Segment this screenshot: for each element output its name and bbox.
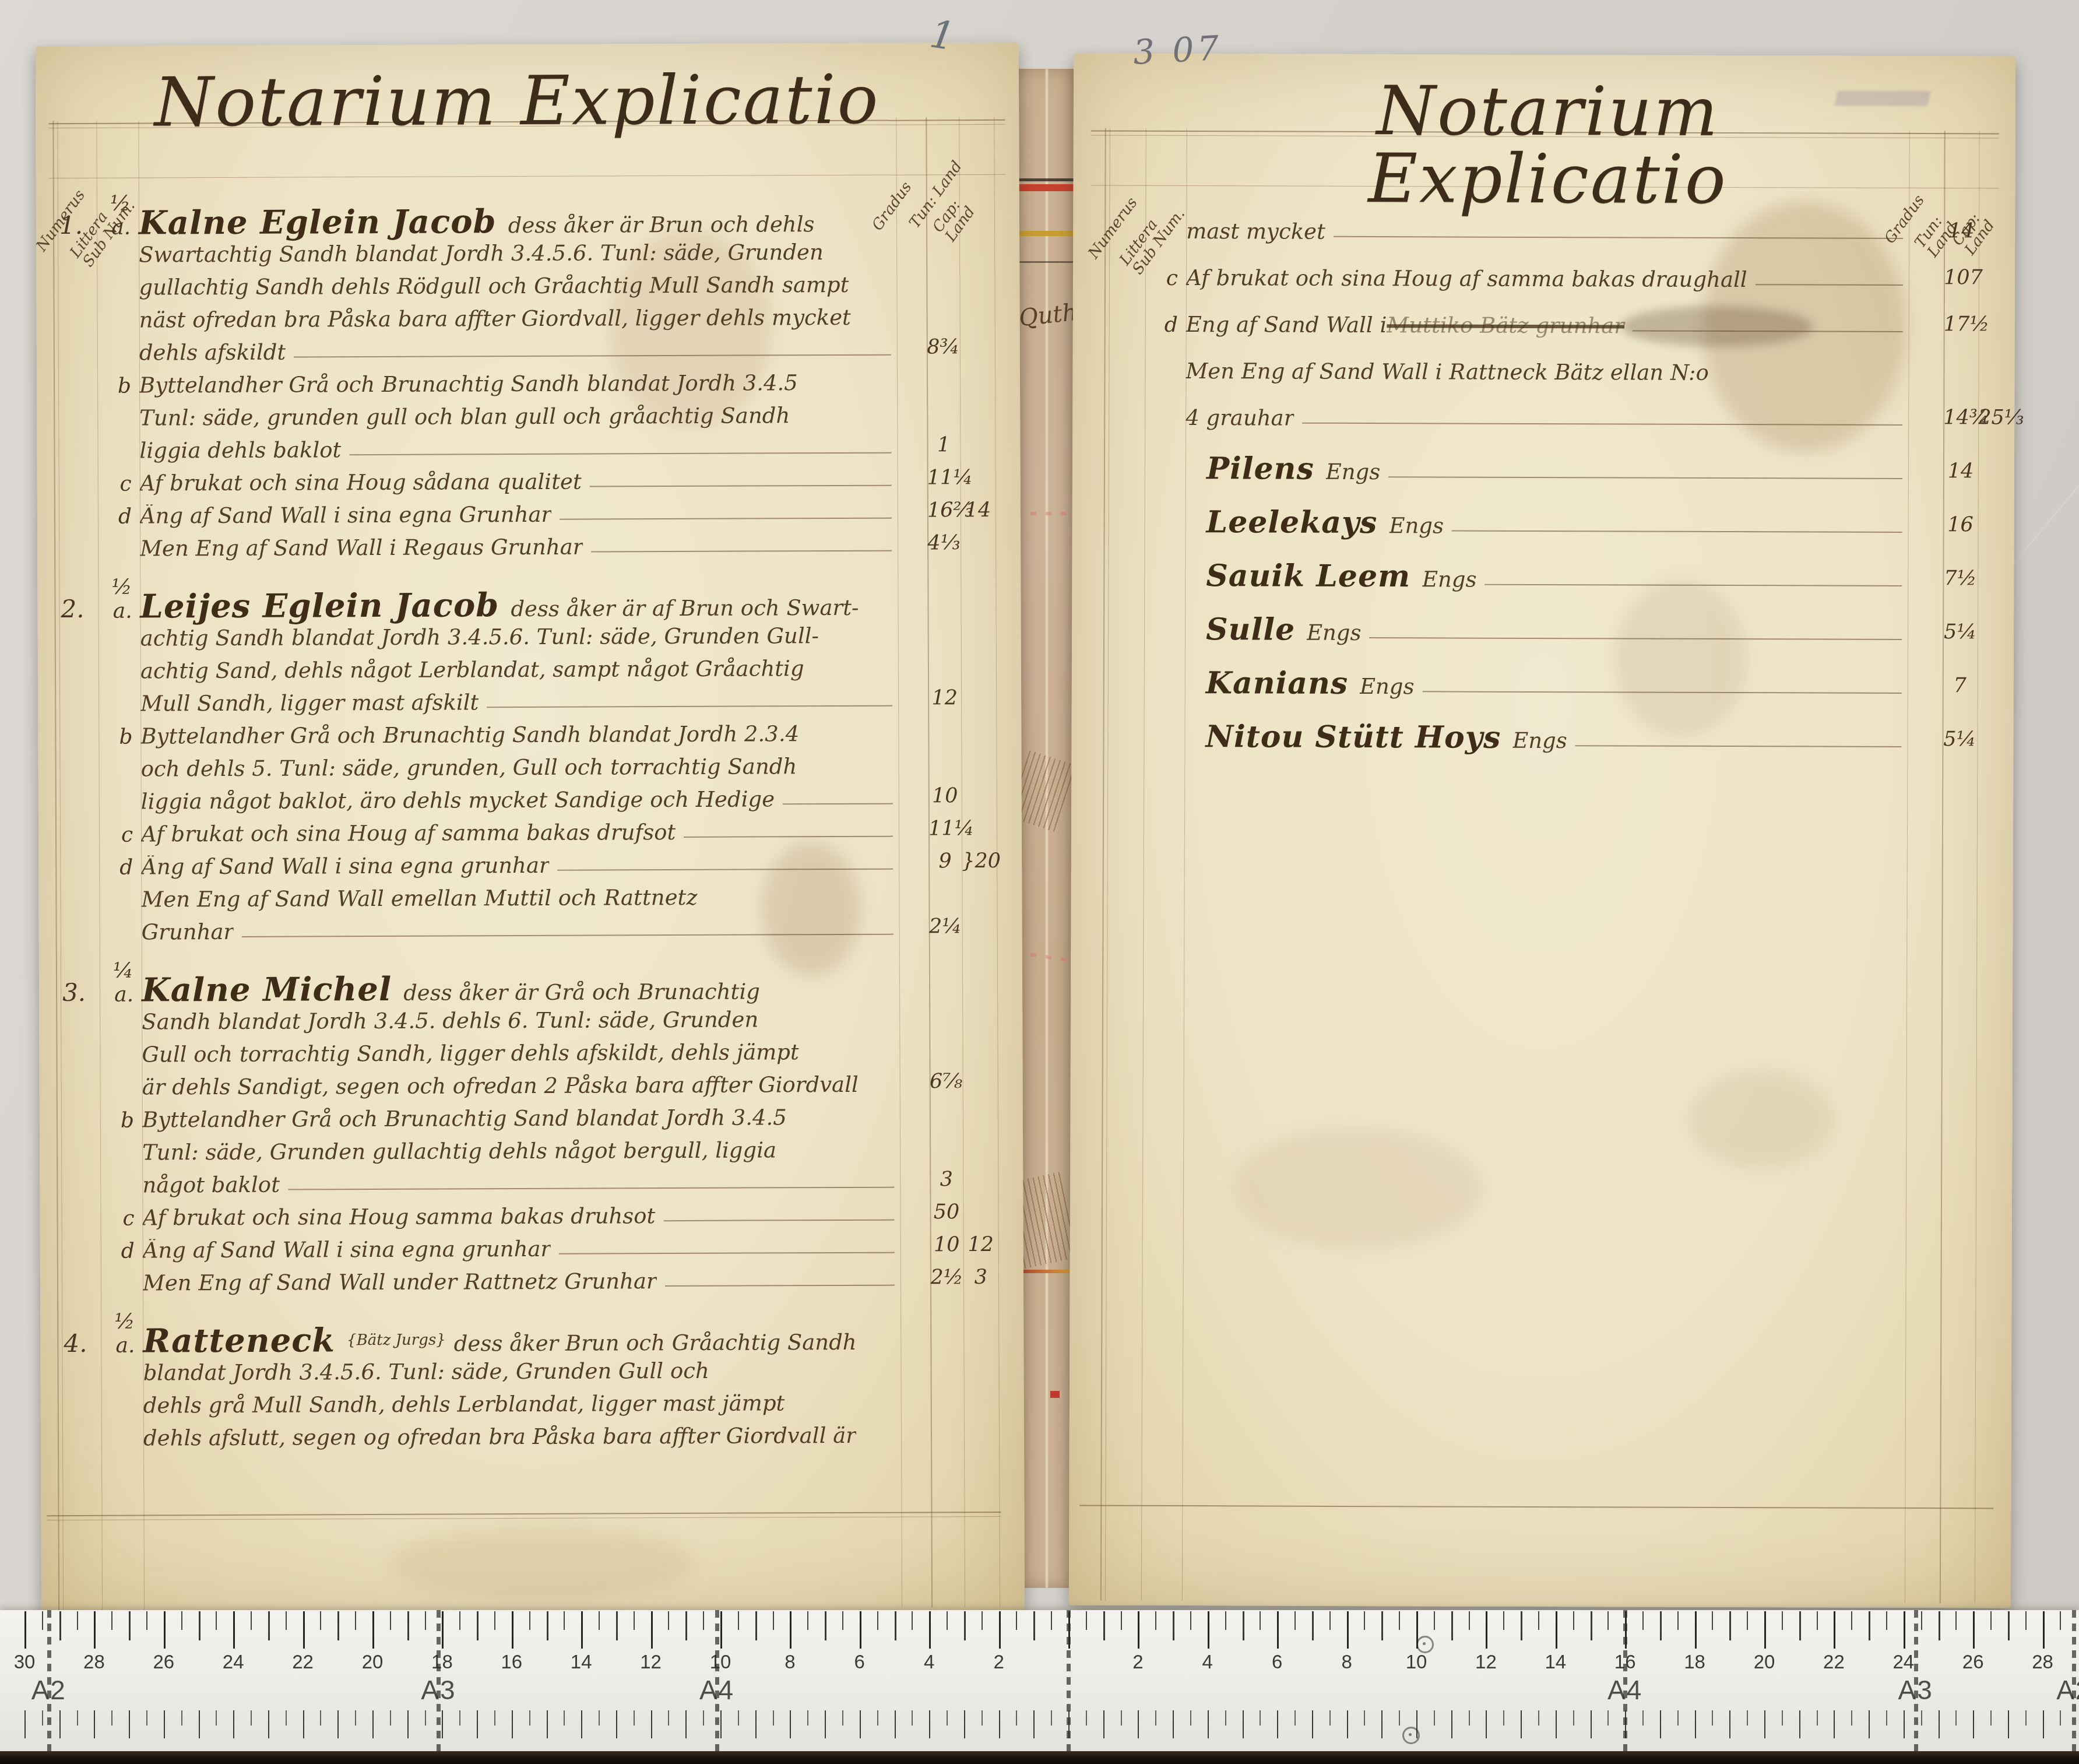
handwritten-text: Byttelandher Grå och Brunachtig Sandh bl… <box>140 723 799 749</box>
handwritten-text: Af brukat och sina Houg af samma bakas d… <box>141 821 676 846</box>
ruler-tick <box>1851 1611 1852 1630</box>
gradus-cell <box>1908 697 1943 701</box>
handwritten-text: Byttelandher Grå och Brunachtig Sand bla… <box>142 1106 787 1133</box>
ruler-tick <box>1243 1611 1244 1640</box>
value-cell: 16 <box>1943 513 1978 540</box>
ruler-tick-lower <box>1347 1710 1348 1738</box>
ruler-number: 18 <box>1675 1651 1715 1673</box>
ruler-tick-lower <box>286 1710 287 1726</box>
littera-cell: c <box>99 823 141 847</box>
ruler-tick <box>337 1611 339 1640</box>
entry-line: gullachtig Sandh dehls Rödgull och Gråac… <box>57 264 994 300</box>
line-text: Ratteneck{Bätz Jurgs}dess åker Brun och … <box>143 1322 900 1358</box>
ruler-tick <box>1521 1611 1522 1640</box>
page-title: Notarium Explicatio <box>1186 77 1909 215</box>
gradus-cell <box>1909 289 1944 293</box>
ruler-tick-lower <box>1764 1710 1765 1738</box>
ruler-tick <box>251 1611 252 1630</box>
littera-cell: c <box>1145 266 1186 290</box>
gradus-cell <box>898 489 927 493</box>
value-cell <box>961 489 995 493</box>
value-cell: 12 <box>963 1233 998 1260</box>
value-cell: 17½ <box>1944 312 1979 339</box>
handwritten-text: Swartachtig Sandh blandat Jordh 3.4.5.6.… <box>139 241 824 267</box>
handwritten-text: blandat Jordh 3.4.5.6. Tunl: säde, Grund… <box>143 1359 709 1385</box>
entry-line: dÄng af Sand Wall i sina egna Grunhar16⅔… <box>58 493 995 529</box>
value-cell <box>960 391 995 395</box>
registration-mark <box>2072 1610 2076 1751</box>
ruler-tick <box>825 1611 826 1640</box>
ruler-tick <box>599 1611 600 1630</box>
line-text: Men Eng af Sand Wall emellan Muttil och … <box>141 885 899 912</box>
gradus-cell <box>896 233 926 236</box>
ruler-tick <box>685 1611 687 1640</box>
value-cell <box>961 709 996 713</box>
ruler-tick <box>181 1611 182 1630</box>
entry-line: dehls grå Mull Sandh, dehls Lerblandat, … <box>62 1382 999 1418</box>
handwritten-text: Men Eng af Sand Wall under Rattnetz Grun… <box>143 1270 657 1295</box>
line-text: Eng af Sand Wall i Muttiko Bätz grunhar <box>1186 312 1909 339</box>
gradus-cell <box>896 293 926 297</box>
ruler-tick-lower <box>1955 1710 1957 1726</box>
ruler-tick <box>790 1611 792 1649</box>
ruler-tick-lower <box>668 1710 669 1726</box>
fill-line <box>558 869 893 871</box>
ruler-number: 8 <box>769 1651 810 1673</box>
value-cell <box>963 1224 998 1227</box>
ruler-tick-lower <box>1695 1710 1696 1738</box>
ruler-tick <box>1695 1611 1697 1649</box>
ruler-tick <box>616 1611 618 1640</box>
entry-line: liggia dehls baklot1 <box>58 427 995 463</box>
entry-line: dÄng af Sand Wall i sina egna grunhar9}2… <box>59 844 997 880</box>
ruler-tick <box>390 1611 391 1630</box>
value-cell <box>960 326 995 329</box>
ruler-tick <box>94 1611 96 1649</box>
ruler-tick-lower <box>2025 1710 2027 1726</box>
line-text: dehls grå Mull Sandh, dehls Lerblandat, … <box>143 1391 901 1418</box>
map-border-line <box>1015 261 1074 263</box>
ruler-tick-lower <box>825 1710 826 1738</box>
ruler-tick-lower <box>425 1710 426 1726</box>
ruler-tick <box>860 1611 861 1649</box>
value-cell <box>931 1444 964 1447</box>
gradus-cell <box>899 775 928 778</box>
ruler-number: 2 <box>1117 1651 1158 1673</box>
line-text: Tunl: säde, Grunden gullachtig dehls någ… <box>142 1138 900 1165</box>
ruler-tick-lower <box>181 1710 182 1726</box>
ruler-tick-lower <box>1103 1710 1104 1738</box>
littera-cell: ¼ a. <box>100 959 142 1007</box>
ruler-tick-lower <box>1834 1710 1835 1738</box>
ruler-tick-lower <box>1538 1710 1539 1726</box>
ruler-tick <box>1660 1611 1662 1640</box>
value-cell: 107 <box>1944 266 1979 293</box>
ruler-tick-lower <box>1486 1710 1487 1738</box>
line-text: Nitou Stütt HoysEngs <box>1184 722 1907 754</box>
ruler-tick-lower <box>233 1710 234 1738</box>
holding-name: Nitou Stütt Hoys <box>1205 722 1501 753</box>
value-cell: 8¾ <box>927 335 960 362</box>
ruler-tick <box>1347 1611 1349 1649</box>
fill-line <box>1452 530 1902 533</box>
ruler-tick <box>1416 1611 1418 1649</box>
line-text: achtig Sandh blandat Jordh 3.4.5.6. Tunl… <box>140 624 898 651</box>
handwritten-text: mast mycket <box>1186 220 1325 244</box>
value-cell <box>963 1191 998 1194</box>
value-cell <box>962 807 997 811</box>
value-cell <box>928 775 962 778</box>
ruler-tick-lower <box>1312 1710 1313 1738</box>
handwritten-text: Tunl: säde, Grunden gullachtig dehls någ… <box>142 1139 776 1165</box>
ruler-tick <box>1503 1611 1504 1630</box>
ruler-tick-lower <box>1381 1710 1383 1738</box>
line-text: KaniansEngs <box>1185 668 1908 701</box>
value-cell: 5¼ <box>1942 728 1977 754</box>
right-manuscript-page: Notarium Explicatio Numerus Littera Sub … <box>1069 53 2015 1608</box>
ruler-tick-lower <box>459 1710 460 1726</box>
entry-line: cAf brukat och sina Houg sådana qualitet… <box>58 460 995 496</box>
page-stain <box>1688 1070 1834 1169</box>
entry-line: Men Eng af Sand Wall i Rattneck Bätz ell… <box>1104 337 2014 386</box>
littera-cell: b <box>99 725 140 749</box>
entry-line: Grunhar2¼ <box>60 909 997 945</box>
value-cell <box>1978 382 2014 386</box>
holding-name: Kanians <box>1206 668 1348 699</box>
ruler-tick <box>1782 1611 1783 1630</box>
ruler-tick <box>1451 1611 1453 1640</box>
ruler-tick-lower <box>77 1710 78 1726</box>
handwritten-text: dess åker är Grå och Brunachtig <box>403 981 760 1006</box>
ruler-tick <box>738 1611 739 1630</box>
line-text: något baklot <box>142 1171 900 1198</box>
entry-line: näst ofredan bra Påska bara affter Giord… <box>58 297 995 333</box>
gradus-cell <box>900 1256 930 1260</box>
ruler-tick <box>1591 1611 1592 1640</box>
ruler-tick <box>77 1611 78 1630</box>
line-text: Sauik LeemEngs <box>1185 561 1908 593</box>
ruler-tick-lower <box>1243 1710 1244 1738</box>
gradus-cell <box>900 1224 930 1227</box>
ruler-tick <box>1138 1611 1139 1649</box>
ruler-tick <box>442 1611 444 1649</box>
ruler-tick-lower <box>1155 1710 1156 1726</box>
entry-line: och dehls 5. Tunl: säde, grunden, Gull o… <box>59 746 996 782</box>
value-cell <box>929 1000 962 1003</box>
entry-line: achtig Sand, dehls något Lerblandat, sam… <box>59 648 996 684</box>
gradus-cell <box>899 905 929 909</box>
littera-cell: b <box>100 1109 142 1133</box>
entry-line: Tunl: säde, Grunden gullachtig dehls någ… <box>61 1129 998 1165</box>
handwritten-text: Äng af Sand Wall i sina egna grunhar <box>143 1238 551 1263</box>
gradus-cell <box>898 644 928 648</box>
line-text: Byttelandher Grå och Brunachtig Sandh bl… <box>139 371 897 398</box>
value-cell <box>959 233 994 236</box>
gradus-cell <box>901 1379 931 1382</box>
gradus-cell <box>1908 382 1943 386</box>
entry-line: 2.½ a.Leijes Eglein Jacobdess åker är af… <box>58 572 995 619</box>
map-field-hatch <box>1015 750 1074 833</box>
ruler-tick <box>668 1611 669 1630</box>
ruler-tick-lower <box>807 1710 808 1726</box>
ruler-tick-lower <box>773 1710 774 1726</box>
fill-line <box>1575 745 1902 747</box>
littera-cell: d <box>1145 313 1186 337</box>
value-cell <box>962 1000 997 1003</box>
value-cell <box>963 1158 998 1162</box>
ruler-tick <box>842 1611 843 1630</box>
entry-line: 4.½ a.Ratteneck{Bätz Jurgs}dess åker Bru… <box>61 1306 998 1353</box>
map-dotted-line <box>1015 512 1074 515</box>
ruler-tick-lower <box>2008 1710 2009 1738</box>
entry-line: SulleEngs5¼ <box>1103 591 2014 648</box>
ruler-tick-lower <box>964 1710 965 1738</box>
ruler-tick-lower <box>1416 1710 1417 1738</box>
ruler-tick <box>216 1611 217 1630</box>
value-cell: 10 <box>930 1233 963 1260</box>
littera-cell: ½ a. <box>98 575 140 623</box>
page-stain <box>1233 1126 1485 1249</box>
value-cell: 11¼ <box>927 466 961 493</box>
value-cell <box>927 424 960 427</box>
ruler-tick-lower <box>1851 1710 1852 1726</box>
fill-line <box>684 836 893 838</box>
line-text: Tunl: säde, grunden gull och blan gull o… <box>139 404 897 431</box>
ruler-tick-lower <box>755 1710 757 1738</box>
ruler-tick-lower <box>42 1710 43 1726</box>
line-text: gullachtig Sandh dehls Rödgull och Gråac… <box>139 273 896 300</box>
ruler-tick-lower <box>59 1710 61 1738</box>
map-border-red <box>1015 184 1074 191</box>
handwritten-text: näst ofredan bra Påska bara affter Giord… <box>139 306 851 332</box>
ruler-tick-lower <box>1208 1710 1209 1738</box>
entry-line: bByttelandher Grå och Brunachtig Sandh b… <box>59 713 996 749</box>
ruler-tick <box>1103 1611 1105 1640</box>
value-cell <box>930 1351 963 1354</box>
handwritten-text: dehls afskildt <box>139 341 286 366</box>
value-cell <box>928 677 961 680</box>
entry-line: 3.¼ a.Kalne Micheldess åker är Grå och B… <box>60 955 997 1002</box>
value-cell <box>959 261 994 264</box>
ruler-tick <box>1399 1611 1400 1630</box>
value-cell <box>963 1060 998 1064</box>
entry-line: KaniansEngs7 <box>1103 645 2014 701</box>
gradus-cell <box>900 1093 930 1097</box>
ruler-tick-lower <box>1869 1710 1870 1738</box>
gradus-cell <box>901 1411 931 1415</box>
ruler-tick <box>1225 1611 1226 1630</box>
ruler-tick-lower <box>1190 1710 1191 1726</box>
ruler-tick-lower <box>895 1710 896 1738</box>
ruler-tick-lower <box>720 1710 722 1738</box>
ruler-tick-lower <box>877 1710 878 1726</box>
ruler-tick-lower <box>1782 1710 1783 1726</box>
entry-line: Men Eng af Sand Wall emellan Muttil och … <box>59 876 997 912</box>
gradus-cell <box>898 677 928 680</box>
left-manuscript-page: Notarium Explicatio Numerus Littera Sub … <box>36 43 1025 1615</box>
value-cell: 10 <box>928 784 962 811</box>
map-field-hatch <box>1015 1172 1074 1268</box>
ruler-tick <box>1729 1611 1731 1640</box>
ruler-tick-lower <box>581 1710 582 1738</box>
ruler-tick <box>1642 1611 1644 1630</box>
entry-line: dEng af Sand Wall i Muttiko Bätz grunhar… <box>1104 290 2015 340</box>
ruler-tick-lower <box>1121 1710 1122 1726</box>
value-cell <box>1943 382 1978 386</box>
line-text: Mull Sandh, ligger mast afskilt <box>140 690 898 716</box>
ruler-number: 4 <box>909 1651 949 1673</box>
value-cell <box>964 1379 999 1382</box>
ruler-tick <box>581 1611 583 1649</box>
ruler-tick-lower <box>1469 1710 1470 1726</box>
ruler-number: 12 <box>631 1651 671 1673</box>
value-cell: 12 <box>928 686 961 713</box>
ruler-tick-lower <box>1939 1710 1940 1738</box>
ruler-tick <box>1016 1611 1017 1630</box>
ruler-tick-lower <box>1138 1710 1139 1738</box>
map-road-line <box>1015 1270 1074 1273</box>
value-cell <box>962 905 997 909</box>
handwritten-text: 4 grauhar <box>1186 406 1294 430</box>
entry-line: Mull Sandh, ligger mast afskilt12 <box>59 680 996 716</box>
numerus-cell: 4. <box>61 1329 101 1358</box>
ruler-tick <box>355 1611 356 1630</box>
entry-line: dehls afskildt8¾ <box>58 329 995 366</box>
table-edge <box>0 1751 2079 1764</box>
ruler-tick-lower <box>372 1710 374 1738</box>
ruler-tick <box>1381 1611 1383 1640</box>
value-cell <box>930 1158 963 1162</box>
value-cell: 5¼ <box>1943 620 1978 647</box>
handwritten-text: Byttelandher Grå och Brunachtig Sandh bl… <box>139 372 798 398</box>
value-cell <box>1978 483 2014 486</box>
entry-line: Men Eng af Sand Wall under Rattnetz Grun… <box>61 1260 998 1296</box>
ruler-tick-lower <box>860 1710 861 1738</box>
gradus-cell <box>1908 429 1943 433</box>
ruler-tick-lower <box>1904 1710 1905 1738</box>
entry-line: liggia något baklot, äro dehls mycket Sa… <box>59 778 997 814</box>
line-text: Men Eng af Sand Wall i Regaus Grunhar <box>140 535 898 561</box>
ruler-tick-lower <box>1886 1710 1887 1726</box>
ruler-tick-lower <box>703 1710 704 1726</box>
fill-line <box>1388 476 1902 479</box>
entry-line: bByttelandher Grå och Brunachtig Sandh b… <box>58 362 995 398</box>
value-cell: 14 <box>1943 459 1978 486</box>
entry-line: Tunl: säde, grunden gull och blan gull o… <box>58 395 995 431</box>
ruler-tick <box>1869 1611 1870 1640</box>
ruler-tick-lower <box>1591 1710 1592 1738</box>
ruler-number: 4 <box>1187 1651 1228 1673</box>
ruler-number: 20 <box>352 1651 393 1673</box>
handwritten-text: achtig Sand, dehls något Lerblandat, sam… <box>140 658 804 684</box>
value-cell <box>1978 697 2014 701</box>
ruler-tick-lower <box>999 1710 1000 1738</box>
ruler-number: 26 <box>143 1651 184 1673</box>
ruler-tick <box>1973 1611 1975 1649</box>
ruler-tick-lower <box>790 1710 791 1738</box>
gradus-cell <box>1909 243 1944 246</box>
value-cell <box>928 742 961 746</box>
name-note: {Bätz Jurgs} <box>347 1333 446 1347</box>
ruler-tick <box>233 1611 235 1649</box>
ruler-tick <box>2025 1611 2027 1630</box>
ruler-tick-lower <box>251 1710 252 1726</box>
entry-line: PilensEngs14 <box>1104 430 2014 487</box>
handwritten-text: Eng af Sand Wall i <box>1186 313 1387 338</box>
ruler-tick <box>720 1611 722 1649</box>
ruler-number: 26 <box>1953 1651 1993 1673</box>
ruler-tick-lower <box>164 1710 165 1738</box>
value-cell <box>927 391 960 395</box>
ruler-tick <box>477 1611 479 1640</box>
ruler-tick <box>947 1611 948 1630</box>
ruler-tick <box>547 1611 548 1640</box>
ruler-tick <box>1990 1611 1992 1630</box>
value-cell <box>930 1126 963 1129</box>
ruler-tick <box>1312 1611 1314 1640</box>
value-cell <box>960 359 995 362</box>
ruler-tick <box>999 1611 1001 1649</box>
ruler-number: 24 <box>213 1651 254 1673</box>
handwritten-text: Engs <box>1389 514 1444 538</box>
value-cell <box>964 1444 999 1447</box>
gradus-cell <box>900 1158 930 1162</box>
gradus-cell <box>900 1126 930 1129</box>
ruler-tick-lower <box>1225 1710 1226 1726</box>
value-cell: 14 <box>961 498 995 525</box>
holding-name: Sauik Leem <box>1206 561 1410 592</box>
ruler-tick <box>929 1611 931 1649</box>
line-text: och dehls 5. Tunl: säde, grunden, Gull o… <box>141 755 899 782</box>
line-text: Byttelandher Grå och Brunachtig Sand bla… <box>142 1106 900 1133</box>
ruler-tick <box>1886 1611 1887 1630</box>
numerus-cell: 1. <box>57 211 97 240</box>
value-cell <box>961 677 996 680</box>
ruler-tick <box>2060 1611 2061 1630</box>
ruled-line-bottom <box>47 1516 1001 1520</box>
ruler-tick <box>1033 1611 1035 1640</box>
value-cell: 2½ <box>930 1266 963 1292</box>
ruler-tick <box>807 1611 808 1630</box>
gradus-cell <box>899 1028 929 1031</box>
entries-right: mast mycket14cAf brukat och sina Houg af… <box>1103 197 2015 755</box>
gradus-cell <box>896 261 926 264</box>
numerus-cell: 3. <box>60 978 100 1007</box>
ruler-tick <box>773 1611 774 1630</box>
handwritten-text: Sandh blandat Jordh 3.4.5. dehls 6. Tunl… <box>142 1008 758 1035</box>
ruler-tick-lower <box>738 1710 739 1726</box>
handwritten-text: dess åker Brun och Gråachtig Sandh <box>454 1331 857 1356</box>
handwritten-text: Engs <box>1307 621 1362 645</box>
ruler-tick-lower <box>1729 1710 1730 1738</box>
gradus-cell <box>900 1351 930 1354</box>
value-cell <box>963 1126 998 1129</box>
ruler-tick <box>303 1611 305 1649</box>
fill-line <box>560 518 892 520</box>
line-text: liggia något baklot, äro dehls mycket Sa… <box>141 788 899 814</box>
ruler-tick-lower <box>1016 1710 1017 1726</box>
ruler-tick <box>1469 1611 1470 1630</box>
value-cell <box>927 326 960 329</box>
ruler-number: 28 <box>2022 1651 2063 1673</box>
map-dotted-line <box>1015 951 1074 962</box>
page-stain <box>391 1524 694 1601</box>
map-fragment: Quth <box>1015 69 1074 1588</box>
ruler-tick-lower <box>1294 1710 1296 1726</box>
handwritten-text: Men Eng af Sand Wall i Rattneck Bätz ell… <box>1186 360 1708 385</box>
ruler-tick-lower <box>529 1710 530 1726</box>
value-cell: 4⅓ <box>927 531 961 558</box>
